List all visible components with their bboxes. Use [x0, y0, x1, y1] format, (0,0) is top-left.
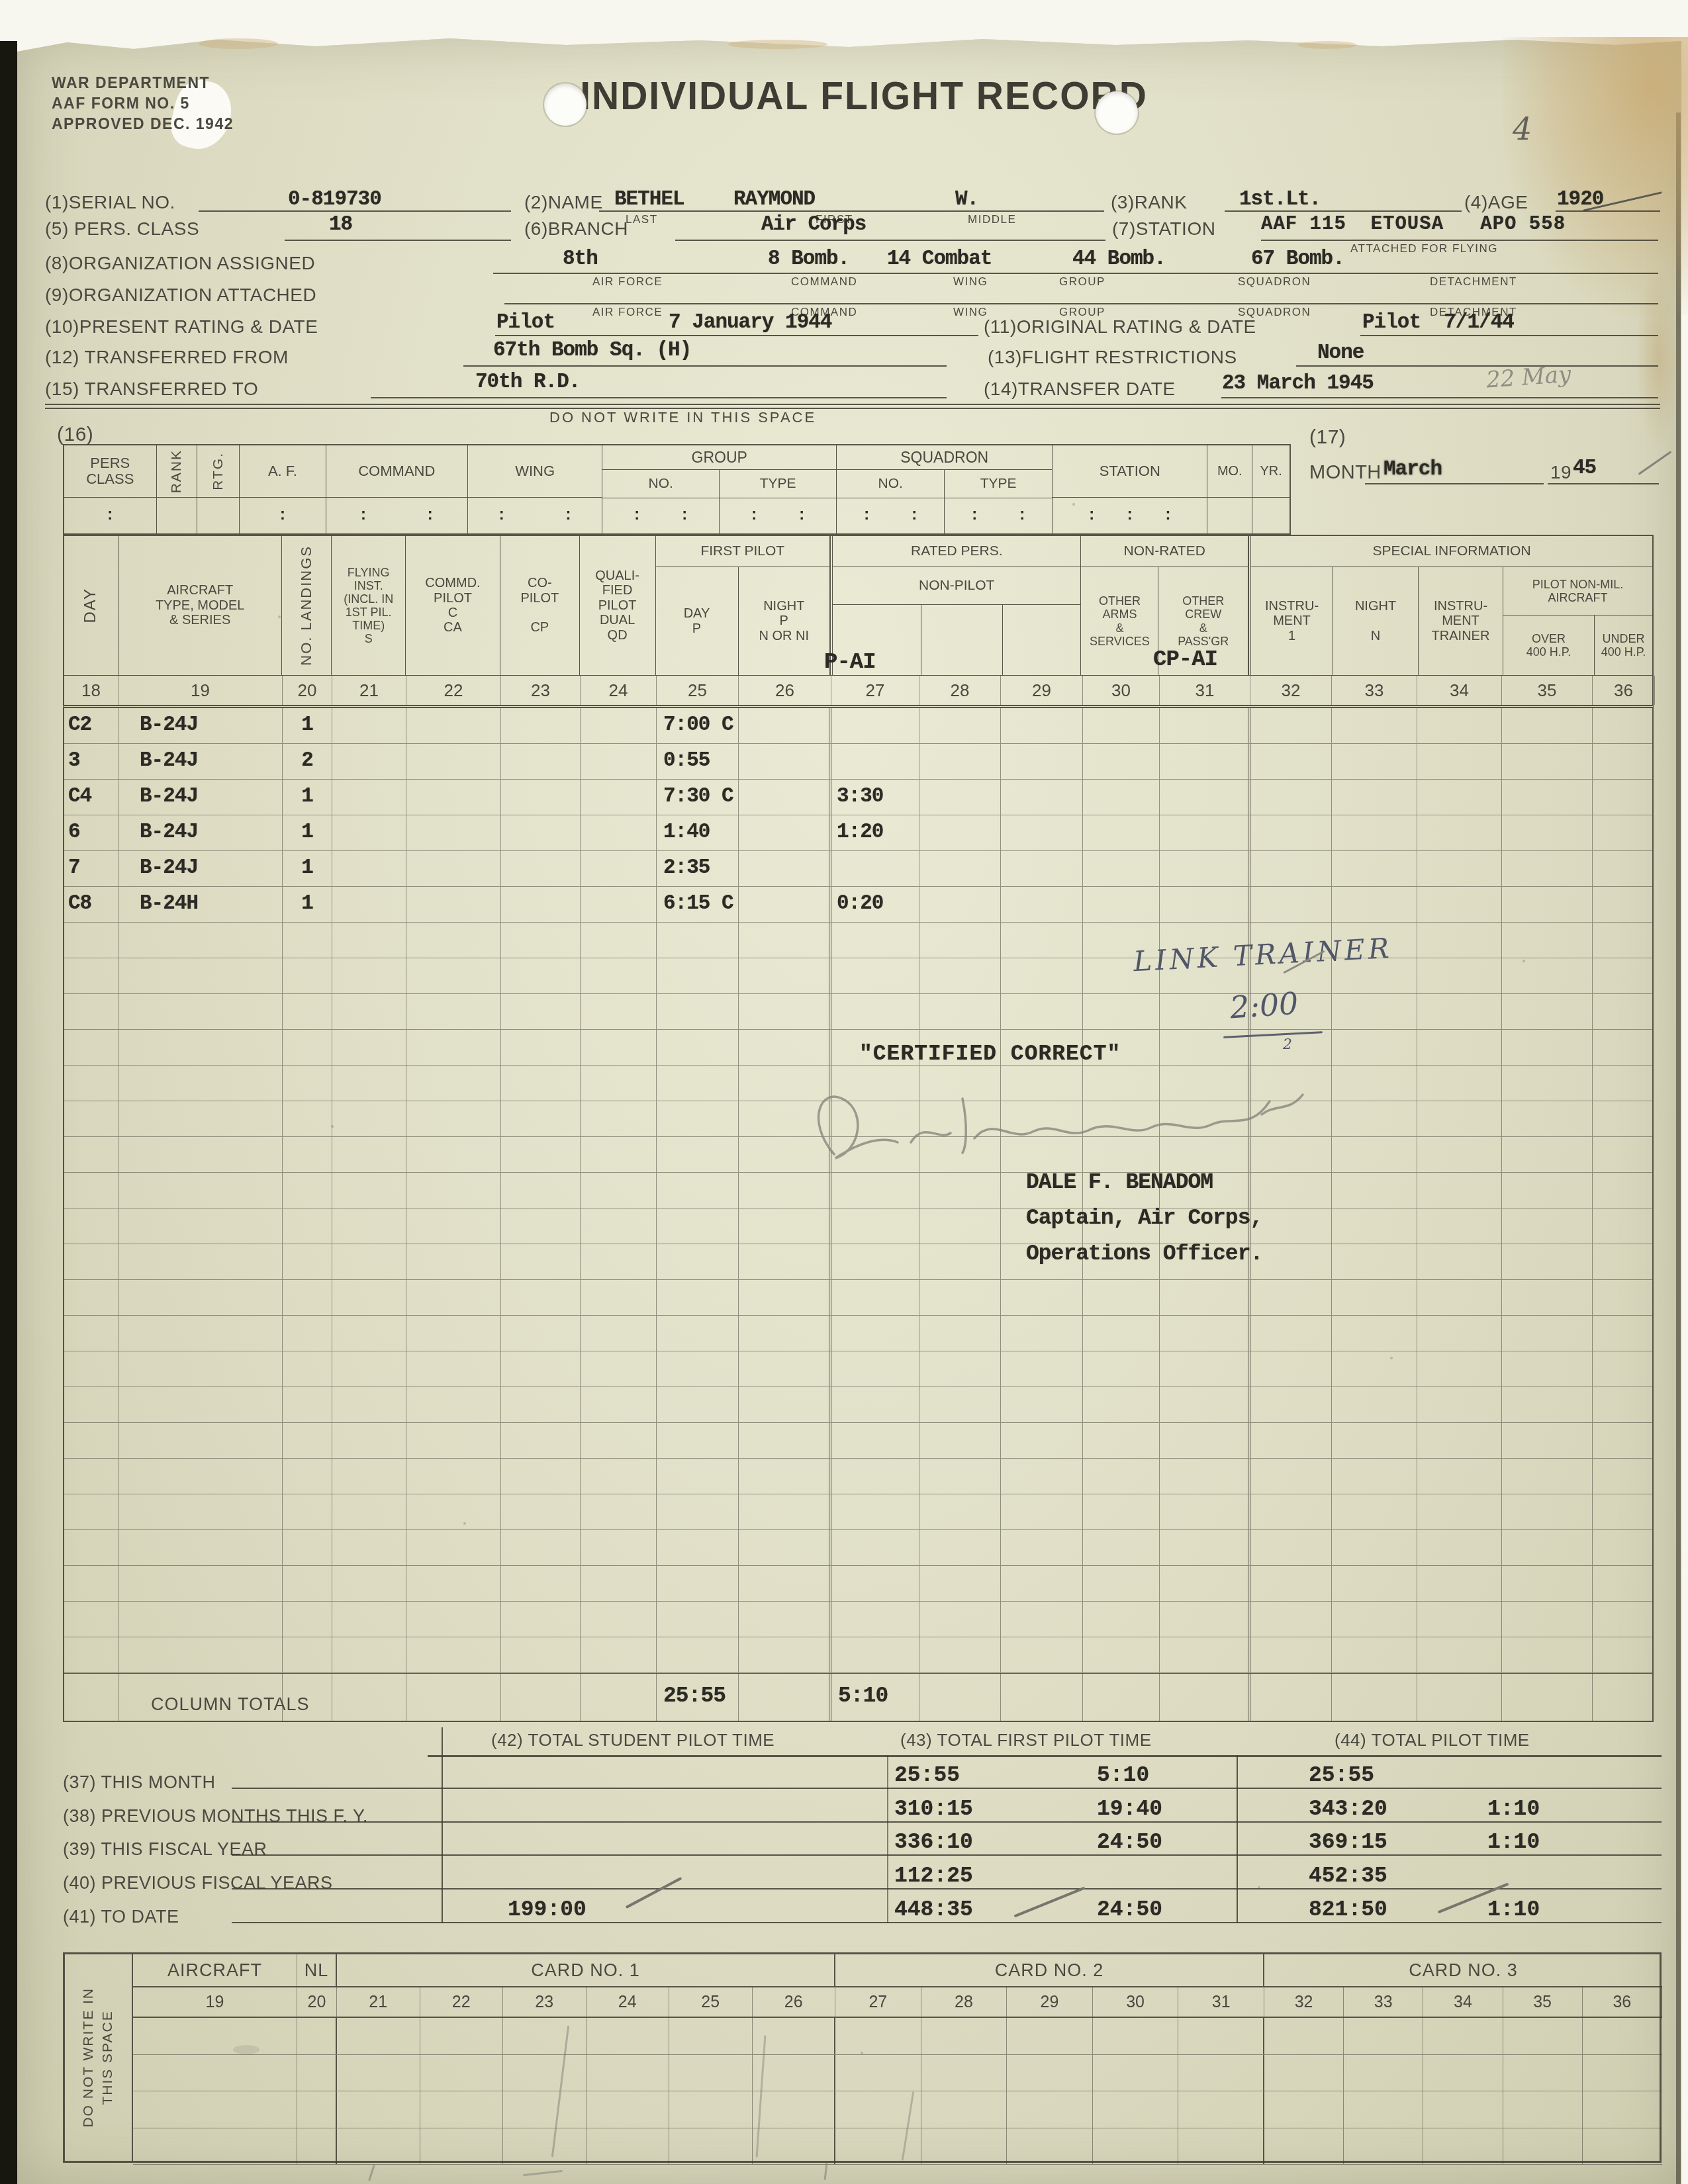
transferred-from-value: 67th Bomb Sq. (H) — [493, 339, 691, 362]
cell-35 — [1502, 1637, 1593, 1672]
cell-36 — [1593, 923, 1655, 958]
totals-row: (40) PREVIOUS FISCAL YEARS 112:25 452:35 — [63, 1856, 1662, 1889]
cell-31 — [1160, 1459, 1250, 1494]
cell-22 — [406, 1316, 501, 1351]
cell-24 — [581, 1530, 657, 1565]
col-flying-inst: FLYING INST. (INCL. IN 1ST PIL. TIME) S — [332, 536, 406, 675]
section17-number: (17) — [1309, 426, 1346, 449]
col-commd-pilot: COMMD. PILOT C CA — [406, 536, 500, 675]
cell-day — [64, 1316, 118, 1351]
sublabel-wing: WING — [953, 275, 988, 289]
cell-21 — [332, 815, 406, 850]
cell-25 — [657, 1101, 739, 1136]
cell-34 — [1417, 1494, 1502, 1529]
cell-25 — [657, 1137, 739, 1172]
cell-36 — [1593, 958, 1655, 993]
cell-27 — [831, 1208, 919, 1244]
flight-row — [64, 1637, 1652, 1673]
typed-overlay-p-ai: P-AI — [824, 650, 876, 675]
cell-day — [64, 923, 118, 958]
cell-23 — [501, 1387, 581, 1422]
card-column-number: 25 — [669, 1987, 753, 2017]
station-label: (7)STATION — [1112, 218, 1215, 240]
cell-23 — [501, 708, 581, 743]
cell-26 — [739, 1351, 831, 1387]
card-column-number: 20 — [297, 1987, 337, 2017]
cell-26 — [739, 923, 831, 958]
cell-day — [64, 1137, 118, 1172]
cell-aircraft: B-24J — [118, 780, 283, 815]
cell-21 — [332, 780, 406, 815]
cell-35 — [1502, 887, 1593, 922]
cell-day — [64, 1208, 118, 1244]
cell-25: 1:40 — [657, 815, 739, 850]
cell-aircraft — [118, 1459, 283, 1494]
cell-26 — [739, 1387, 831, 1422]
value-first-pilot-b: 24:50 — [1097, 1830, 1162, 1854]
cell-21 — [332, 958, 406, 993]
cell-25 — [657, 1351, 739, 1387]
cell-29 — [1001, 1637, 1083, 1672]
value-first-pilot-a: 112:25 — [894, 1864, 973, 1888]
cell-23 — [501, 1101, 581, 1136]
cell-29 — [1001, 1459, 1083, 1494]
group-first-pilot: FIRST PILOT — [656, 536, 830, 567]
sublabel-squadron: SQUADRON — [1238, 275, 1311, 289]
cell-landings — [283, 1030, 332, 1065]
cell-landings — [283, 958, 332, 993]
flight-row — [64, 1423, 1652, 1459]
cell-26 — [739, 1208, 831, 1244]
cell-35 — [1502, 1208, 1593, 1244]
cell-33 — [1332, 815, 1417, 850]
column-number: 36 — [1593, 676, 1655, 705]
cell-21 — [332, 994, 406, 1029]
cell-day — [64, 1173, 118, 1208]
cell-22 — [406, 1244, 501, 1279]
punch-hole-icon — [1096, 91, 1138, 134]
cell-35 — [1502, 1244, 1593, 1279]
cell-aircraft — [118, 1173, 283, 1208]
present-rating-value: Pilot — [496, 311, 555, 334]
cell-30 — [1083, 1637, 1160, 1672]
cell-landings — [283, 1602, 332, 1637]
cell-23 — [501, 1423, 581, 1458]
pers-class-label: (5) PERS. CLASS — [45, 218, 199, 240]
status-table: PERS CLASS: RANK RTG. A. F.: COMMAND: : … — [63, 444, 1291, 535]
cell-25 — [657, 1423, 739, 1458]
cell-31 — [1160, 1602, 1250, 1637]
cell-22 — [406, 1137, 501, 1172]
cell-24 — [581, 1351, 657, 1387]
cell-33 — [1332, 1423, 1417, 1458]
card-column-number: 34 — [1423, 1987, 1503, 2017]
col-mo: MO. — [1207, 445, 1252, 497]
cell-36 — [1593, 708, 1655, 743]
signature — [794, 1076, 1331, 1175]
value-pilot-b: 1:10 — [1487, 1897, 1540, 1922]
cell-33 — [1332, 1316, 1417, 1351]
age-stain — [1635, 265, 1681, 450]
cell-32 — [1250, 1173, 1332, 1208]
cell-landings — [283, 1459, 332, 1494]
cell-25 — [657, 1173, 739, 1208]
year-printed: 19 — [1550, 462, 1571, 483]
cell-29 — [1001, 744, 1083, 779]
value-first-pilot-a: 336:10 — [894, 1830, 973, 1854]
cell-aircraft — [118, 1137, 283, 1172]
cell-27 — [831, 1566, 919, 1601]
sublabel-air-force: AIR FORCE — [592, 306, 663, 319]
card-column-number: 19 — [133, 1987, 297, 2017]
cell-29 — [1001, 1351, 1083, 1387]
cell-26 — [739, 780, 831, 815]
cell-32 — [1250, 1637, 1332, 1672]
cell-34 — [1417, 1244, 1502, 1279]
cell-23 — [501, 1208, 581, 1244]
cell-22 — [406, 1101, 501, 1136]
col-fp-day: DAY P — [656, 567, 738, 675]
cell-31 — [1160, 887, 1250, 922]
cell-22 — [406, 994, 501, 1029]
column-number: 24 — [581, 676, 657, 705]
cell-34 — [1417, 1637, 1502, 1672]
header-total-first-pilot-time: (43) TOTAL FIRST PILOT TIME — [900, 1730, 1152, 1751]
cell-27 — [831, 1602, 919, 1637]
cell-35 — [1502, 958, 1593, 993]
cell-35 — [1502, 1566, 1593, 1601]
cell-24 — [581, 1030, 657, 1065]
cell-27: 3:30 — [831, 780, 919, 815]
cell-landings: 1 — [283, 708, 332, 743]
original-rating-label: (11)ORIGINAL RATING & DATE — [984, 316, 1256, 338]
cell-25 — [657, 958, 739, 993]
cell-22 — [406, 780, 501, 815]
cell-aircraft — [118, 1423, 283, 1458]
cell-36 — [1593, 815, 1655, 850]
cell-day — [64, 1637, 118, 1672]
cell-28 — [919, 1351, 1001, 1387]
cell-24 — [581, 1423, 657, 1458]
cell-30 — [1083, 1602, 1160, 1637]
cell-28 — [919, 1566, 1001, 1601]
cell-36 — [1593, 1494, 1655, 1529]
cell-22 — [406, 1602, 501, 1637]
cell-26 — [739, 1173, 831, 1208]
cell-aircraft: B-24H — [118, 887, 283, 922]
cell-27 — [831, 1494, 919, 1529]
cell-32 — [1250, 780, 1332, 815]
cell-day — [64, 1459, 118, 1494]
sublabel-detachment: DETACHMENT — [1430, 275, 1517, 289]
cell-33 — [1332, 1494, 1417, 1529]
cell-landings: 1 — [283, 887, 332, 922]
cell-33 — [1332, 1459, 1417, 1494]
flight-row — [64, 1280, 1652, 1316]
flight-row — [64, 1351, 1652, 1387]
cell-28 — [919, 1280, 1001, 1315]
header-total-student-pilot-time: (42) TOTAL STUDENT PILOT TIME — [491, 1730, 774, 1751]
cell-28 — [919, 708, 1001, 743]
cell-33 — [1332, 1208, 1417, 1244]
cell-34 — [1417, 923, 1502, 958]
cell-day — [64, 958, 118, 993]
edge-stain — [728, 40, 827, 49]
cell-22 — [406, 1173, 501, 1208]
cell-33 — [1332, 1351, 1417, 1387]
cell-24 — [581, 815, 657, 850]
cell-aircraft — [118, 1316, 283, 1351]
cell-28 — [919, 1244, 1001, 1279]
col-night: NIGHT N — [1333, 567, 1418, 675]
cell-31 — [1160, 851, 1250, 886]
cell-28 — [919, 1530, 1001, 1565]
cell-25 — [657, 1637, 739, 1672]
cell-27 — [831, 1530, 919, 1565]
cell-34 — [1417, 708, 1502, 743]
cell-35 — [1502, 815, 1593, 850]
col-group: GROUP — [602, 445, 836, 470]
card-empty-row — [133, 2091, 1662, 2128]
card-column-number: 30 — [1093, 1987, 1179, 2017]
cell-34 — [1417, 1351, 1502, 1387]
col-under-400: UNDER 400 H.P. — [1594, 615, 1652, 675]
cell-27 — [831, 1173, 919, 1208]
group-pilot-nonmil: PILOT NON-MIL. AIRCRAFT — [1503, 567, 1652, 615]
cell-36 — [1593, 887, 1655, 922]
cell-28 — [919, 923, 1001, 958]
cell-28 — [919, 744, 1001, 779]
cell-22 — [406, 1530, 501, 1565]
cell-22 — [406, 815, 501, 850]
column-number: 25 — [657, 676, 739, 705]
cell-26 — [739, 744, 831, 779]
cell-25 — [657, 1566, 739, 1601]
cell-22 — [406, 1459, 501, 1494]
flight-row: 7 B-24J 1 2:35 — [64, 851, 1652, 887]
cell-36 — [1593, 1423, 1655, 1458]
col-command: COMMAND — [326, 445, 467, 497]
value-student: 199:00 — [508, 1897, 586, 1922]
cell-28 — [919, 851, 1001, 886]
column-number: 35 — [1502, 676, 1593, 705]
card-column-number: 28 — [921, 1987, 1008, 2017]
cell-29 — [1001, 708, 1083, 743]
cell-day — [64, 1530, 118, 1565]
cell-34 — [1417, 1137, 1502, 1172]
value-first-pilot-a: 310:15 — [894, 1797, 973, 1821]
cell-day: 6 — [64, 815, 118, 850]
name-first: RAYMOND — [733, 188, 815, 211]
flight-row — [64, 1244, 1652, 1280]
totals-row: (38) PREVIOUS MONTHS THIS F. Y. 310:15 1… — [63, 1789, 1662, 1823]
cell-34 — [1417, 1566, 1502, 1601]
cell-landings — [283, 1351, 332, 1387]
cell-26 — [739, 1494, 831, 1529]
totals-rows: (37) THIS MONTH 25:55 5:10 25:55 (38) PR… — [63, 1755, 1662, 1923]
cell-24 — [581, 887, 657, 922]
branch-value: Air Corps — [761, 213, 866, 236]
cell-25 — [657, 1208, 739, 1244]
cell-21 — [332, 1602, 406, 1637]
cell-27 — [831, 958, 919, 993]
cell-35 — [1502, 1101, 1593, 1136]
form-number-line: AAF FORM NO. 5 — [52, 93, 234, 114]
column-number: 27 — [831, 676, 919, 705]
cell-36 — [1593, 1602, 1655, 1637]
cell-27 — [831, 923, 919, 958]
cell-33 — [1332, 851, 1417, 886]
cell-22 — [406, 1066, 501, 1101]
card-body — [133, 2018, 1662, 2165]
total-non-pilot: 5:10 — [838, 1684, 888, 1708]
cell-24 — [581, 1637, 657, 1672]
cell-24 — [581, 851, 657, 886]
cell-aircraft — [118, 1244, 283, 1279]
cell-26 — [739, 1566, 831, 1601]
value-first-pilot-b: 19:40 — [1097, 1797, 1162, 1821]
value-pilot-b: 1:10 — [1487, 1830, 1540, 1854]
cell-25: 7:30 C — [657, 780, 739, 815]
cell-landings: 1 — [283, 851, 332, 886]
cell-22 — [406, 708, 501, 743]
scan-edge-right — [1676, 113, 1681, 2184]
cell-34 — [1417, 1173, 1502, 1208]
cell-36 — [1593, 1244, 1655, 1279]
cell-33 — [1332, 1137, 1417, 1172]
cell-27 — [831, 1459, 919, 1494]
cell-27 — [831, 1637, 919, 1672]
group-non-pilot: NON-PILOT — [833, 567, 1080, 605]
column-number: 18 — [64, 676, 118, 705]
cell-22 — [406, 851, 501, 886]
cell-33 — [1332, 1280, 1417, 1315]
cell-24 — [581, 1208, 657, 1244]
cell-22 — [406, 1494, 501, 1529]
sublabel-group: GROUP — [1059, 275, 1105, 289]
cell-36 — [1593, 1101, 1655, 1136]
sublabel-air-force: AIR FORCE — [592, 275, 663, 289]
cell-21 — [332, 1494, 406, 1529]
cell-23 — [501, 958, 581, 993]
cell-24 — [581, 708, 657, 743]
cell-32 — [1250, 1316, 1332, 1351]
col-aircraft: AIRCRAFT TYPE, MODEL & SERIES — [118, 536, 283, 675]
cell-28 — [919, 1602, 1001, 1637]
cell-25 — [657, 1066, 739, 1101]
cell-day: C2 — [64, 708, 118, 743]
card-column-number: 32 — [1264, 1987, 1344, 2017]
col-squadron: SQUADRON — [837, 445, 1052, 470]
cell-24 — [581, 780, 657, 815]
cell-25: 6:15 C — [657, 887, 739, 922]
original-rating-value: Pilot 7/1/44 — [1362, 311, 1514, 334]
cell-landings — [283, 1066, 332, 1101]
flight-row: 6 B-24J 1 1:40 1:20 — [64, 815, 1652, 851]
cell-34 — [1417, 744, 1502, 779]
cell-21 — [332, 1244, 406, 1279]
cell-aircraft — [118, 923, 283, 958]
col-pers-class: PERS CLASS — [64, 445, 156, 497]
cell-21 — [332, 1030, 406, 1065]
card-column-number: 23 — [503, 1987, 586, 2017]
cell-34 — [1417, 851, 1502, 886]
cell-29 — [1001, 1423, 1083, 1458]
col-rtg: RTG. — [211, 452, 226, 490]
card-column-number: 33 — [1344, 1987, 1423, 2017]
cell-34 — [1417, 1387, 1502, 1422]
cell-31 — [1160, 1387, 1250, 1422]
cell-aircraft — [118, 1637, 283, 1672]
cell-28 — [919, 1494, 1001, 1529]
cell-day — [64, 1387, 118, 1422]
cell-28 — [919, 958, 1001, 993]
cell-29 — [1001, 1387, 1083, 1422]
cell-24 — [581, 994, 657, 1029]
sublabel-attached-for-flying: ATTACHED FOR FLYING — [1350, 242, 1498, 255]
cell-29 — [1001, 923, 1083, 958]
serial-value: 0-819730 — [288, 188, 381, 211]
col-yr: YR. — [1252, 445, 1289, 497]
cell-22 — [406, 1423, 501, 1458]
cell-30 — [1083, 887, 1160, 922]
cell-25: 7:00 C — [657, 708, 739, 743]
card-header: AIRCRAFT NL CARD NO. 1 CARD NO. 2 CARD N… — [133, 1954, 1662, 1987]
cell-28 — [919, 780, 1001, 815]
cell-21 — [332, 1637, 406, 1672]
cell-25: 2:35 — [657, 851, 739, 886]
column-number: 26 — [739, 676, 831, 705]
cell-26 — [739, 1244, 831, 1279]
cell-23 — [501, 1566, 581, 1601]
cell-35 — [1502, 1351, 1593, 1387]
cell-33 — [1332, 1101, 1417, 1136]
cell-23 — [501, 1244, 581, 1279]
edge-stain — [199, 38, 278, 49]
cell-aircraft — [118, 958, 283, 993]
cell-22 — [406, 1387, 501, 1422]
cell-35 — [1502, 1494, 1593, 1529]
cell-landings — [283, 1137, 332, 1172]
handwritten-link-trainer-time: 2:00 — [1229, 985, 1299, 1025]
cell-24 — [581, 1566, 657, 1601]
cell-32 — [1250, 744, 1332, 779]
card-col-aircraft: AIRCRAFT — [133, 1954, 297, 1986]
value-pilot-b: 1:10 — [1487, 1797, 1540, 1821]
cell-23 — [501, 1459, 581, 1494]
cell-28 — [919, 1387, 1001, 1422]
cell-29 — [1001, 1602, 1083, 1637]
cell-28 — [919, 1316, 1001, 1351]
cell-21 — [332, 708, 406, 743]
month-label: MONTH — [1309, 462, 1382, 484]
cell-35 — [1502, 1066, 1593, 1101]
sublabel-wing: WING — [953, 306, 988, 319]
cell-33 — [1332, 780, 1417, 815]
cell-landings — [283, 1101, 332, 1136]
cell-31 — [1160, 1423, 1250, 1458]
column-number: 21 — [332, 676, 406, 705]
cell-27 — [831, 708, 919, 743]
cell-landings — [283, 1566, 332, 1601]
flight-row: C2 B-24J 1 7:00 C — [64, 708, 1652, 744]
cell-33 — [1332, 1387, 1417, 1422]
value-pilot-a: 343:20 — [1309, 1797, 1387, 1821]
flight-row — [64, 1173, 1652, 1208]
cell-23 — [501, 1030, 581, 1065]
totals-row-label: (41) TO DATE — [63, 1907, 179, 1927]
cell-21 — [332, 1459, 406, 1494]
